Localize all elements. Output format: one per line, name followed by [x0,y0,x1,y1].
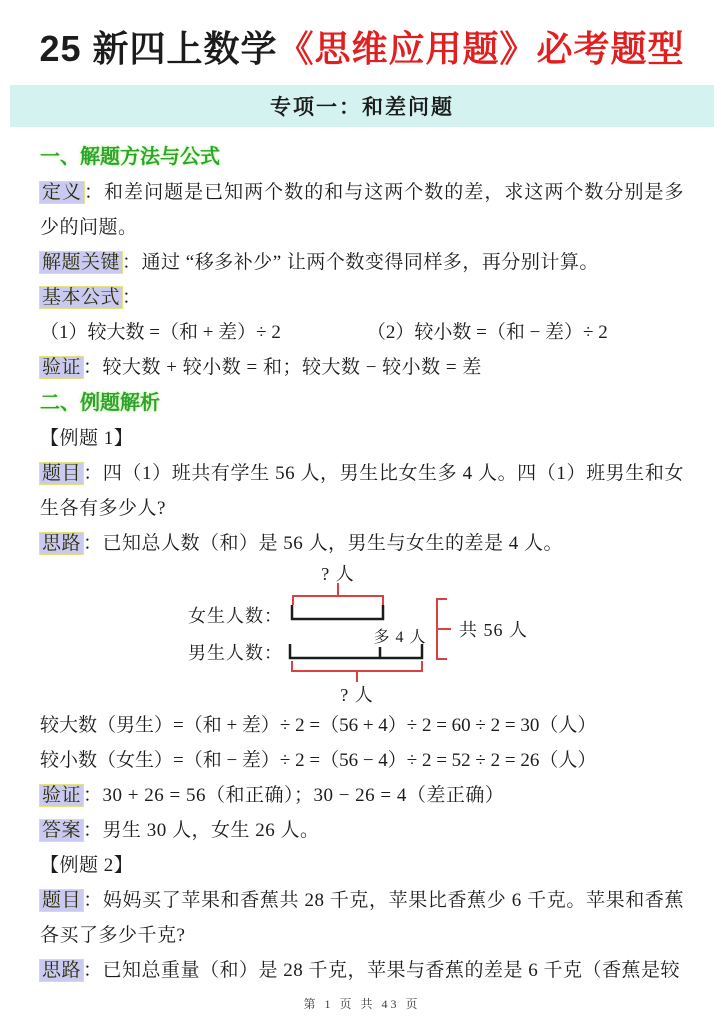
page-title-black: 25 新四上数学 [39,28,277,69]
section-banner: 专项一：和差问题 [10,85,714,127]
key-text: ：通过 “移多补少” 让两个数变得同样多，再分别计算。 [122,252,599,273]
example2-title: 【例题 2】 [40,848,684,883]
para-definition: 定义：和差问题是已知两个数的和与这两个数的差，求这两个数分别是多少的问题。 [40,175,684,245]
formula-colon: ： [122,287,142,308]
formula-1: （1）较大数 =（和 + 差）÷ 2 [40,322,281,343]
example1-title: 【例题 1】 [40,421,684,456]
heading-method: 一、解题方法与公式 [40,139,684,175]
diagram-more-label: 多 4 人 [373,628,426,646]
para-ex1-verify: 验证：30 + 26 = 56（和正确）；30 − 26 = 4（差正确） [40,778,684,813]
para-calc-max: 较大数（男生）=（和 + 差）÷ 2 =（56 + 4）÷ 2 = 60 ÷ 2… [40,708,684,743]
page-title: 25 新四上数学《思维应用题》必考题型 [0,26,724,71]
ex1-question-label: 题目 [40,463,83,484]
ex2-idea-text: ：已知总重量（和）是 28 千克，苹果与香蕉的差是 6 千克（香蕉是较 [83,960,680,981]
ex1-verify-text: ：30 + 26 = 56（和正确）；30 − 26 = 4（差正确） [83,785,504,806]
page-footer: 第 1 页 共 43 页 [0,995,724,1012]
definition-label: 定义 [40,182,84,203]
para-ex2-idea: 思路：已知总重量（和）是 28 千克，苹果与香蕉的差是 6 千克（香蕉是较 [40,953,684,988]
formula-label: 基本公式 [40,287,122,308]
para-ex1-question: 题目：四（1）班共有学生 56 人，男生比女生多 4 人。四（1）班男生和女生各… [40,456,684,526]
para-ex1-idea: 思路：已知总人数（和）是 56 人，男生与女生的差是 4 人。 [40,526,684,561]
document-body: 一、解题方法与公式 定义：和差问题是已知两个数的和与这两个数的差，求这两个数分别… [0,127,724,988]
ex1-idea-text: ：已知总人数（和）是 56 人，男生与女生的差是 4 人。 [83,533,563,554]
bar-model-diagram: ? 人 女生人数： 多 4 人 男生人数： ? 人 共 56 人 [40,563,684,708]
diagram-top-brace [293,583,383,605]
para-key: 解题关键：通过 “移多补少” 让两个数变得同样多，再分别计算。 [40,245,684,280]
definition-text: ：和差问题是已知两个数的和与这两个数的差，求这两个数分别是多少的问题。 [40,182,684,238]
ex1-question-text: ：四（1）班共有学生 56 人，男生比女生多 4 人。四（1）班男生和女生各有多… [40,463,684,519]
formula-2: （2）较小数 =（和 − 差）÷ 2 [367,322,608,343]
diagram-girl-bar-label: 女生人数： [188,606,283,626]
diagram-girl-bar [292,605,383,619]
ex2-idea-label: 思路 [40,960,83,981]
diagram-top-question-label: ? 人 [321,564,355,584]
ex2-question-text: ：妈妈买了苹果和香蕉共 28 千克，苹果比香蕉少 6 千克。苹果和香蕉各买了多少… [40,890,684,946]
para-ex2-question: 题目：妈妈买了苹果和香蕉共 28 千克，苹果比香蕉少 6 千克。苹果和香蕉各买了… [40,883,684,953]
diagram-bottom-question-label: ? 人 [340,685,374,705]
ex1-answer-text: ：男生 30 人，女生 26 人。 [83,820,320,841]
diagram-total-label: 共 56 人 [459,620,528,640]
verify-method-label: 验证 [40,357,83,378]
para-formula-label: 基本公式： [40,280,684,315]
para-formulas: （1）较大数 =（和 + 差）÷ 2（2）较小数 =（和 − 差）÷ 2 [40,315,684,350]
key-label: 解题关键 [40,252,122,273]
ex1-answer-label: 答案 [40,820,83,841]
diagram-boy-bar-label: 男生人数： [188,643,283,663]
ex1-idea-label: 思路 [40,533,83,554]
verify-method-text: ：较大数 + 较小数 = 和；较大数 − 较小数 = 差 [83,357,482,378]
diagram-boy-bar [290,644,422,658]
ex1-verify-label: 验证 [40,785,83,806]
para-ex1-answer: 答案：男生 30 人，女生 26 人。 [40,813,684,848]
page-title-red: 《思维应用题》必考题型 [278,28,685,69]
para-verify-method: 验证：较大数 + 较小数 = 和；较大数 − 较小数 = 差 [40,350,684,385]
para-calc-min: 较小数（女生）=（和 − 差）÷ 2 =（56 − 4）÷ 2 = 52 ÷ 2… [40,743,684,778]
heading-examples: 二、例题解析 [40,385,684,421]
diagram-bottom-brace [292,661,422,682]
diagram-total-brace [437,599,451,659]
ex2-question-label: 题目 [40,890,83,911]
section-banner-text: 专项一：和差问题 [270,91,454,121]
